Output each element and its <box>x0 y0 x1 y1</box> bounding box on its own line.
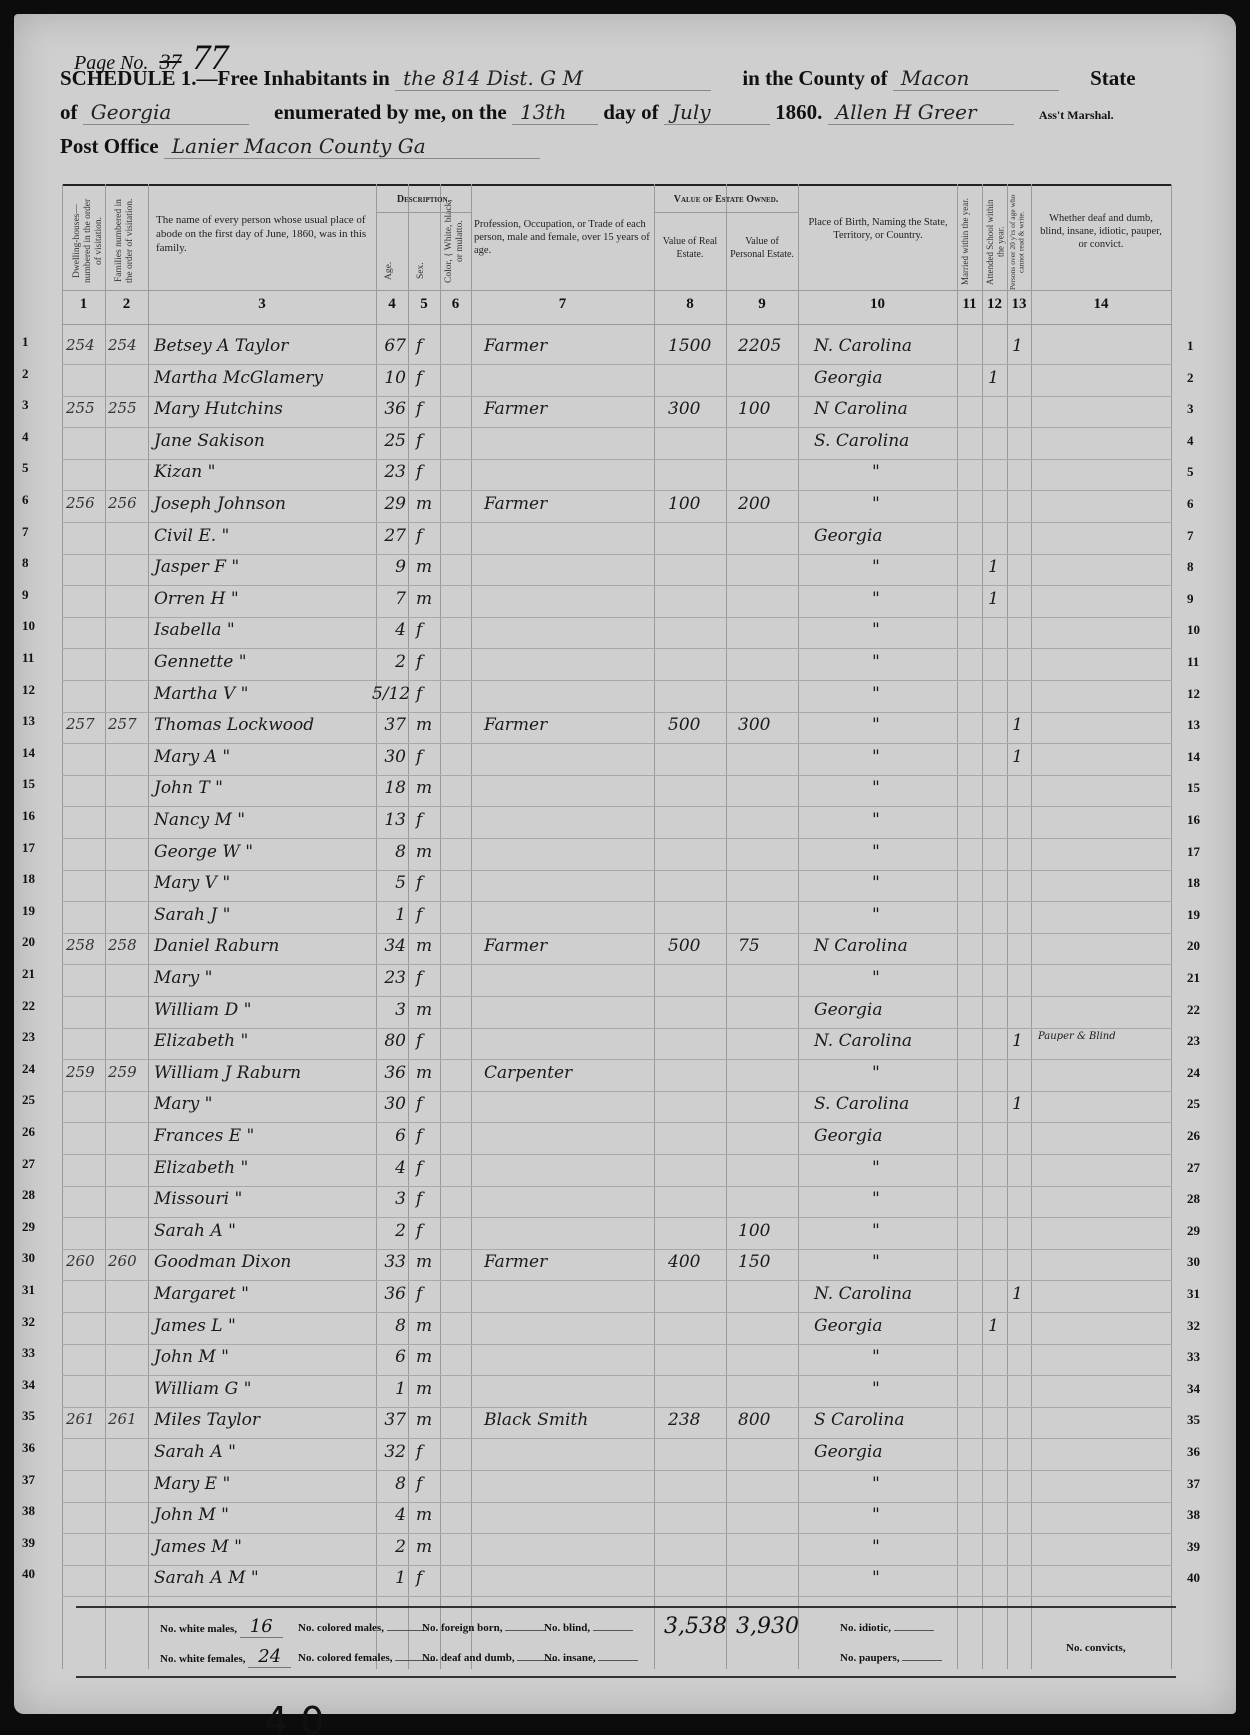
table-row: Mary E "8f"3737 <box>62 1470 1172 1503</box>
birthplace: " <box>872 747 880 767</box>
header-color: Color, { White, black, or mulatto. <box>444 196 468 286</box>
header-real-estate: Value of Real Estate. <box>658 236 722 261</box>
deaf-dumb: No. deaf and dumb, <box>422 1652 557 1664</box>
row-number-left: 9 <box>22 587 29 603</box>
dwelling-number: 254 <box>66 336 95 354</box>
row-number-left: 20 <box>22 934 35 950</box>
personal-estate-value: 100 <box>738 1221 770 1241</box>
county-label: in the County of <box>742 66 887 90</box>
person-name: Martha McGlamery <box>154 368 323 388</box>
person-name: Jane Sakison <box>154 431 265 451</box>
birthplace: " <box>872 1505 880 1525</box>
row-number-right: 8 <box>1187 559 1194 575</box>
occupation: Black Smith <box>484 1410 588 1430</box>
occupation: Farmer <box>484 936 547 956</box>
table-row: Nancy M "13f"1616 <box>62 806 1172 839</box>
row-number-right: 20 <box>1187 938 1200 954</box>
sex: f <box>416 1158 422 1178</box>
birthplace: " <box>872 1347 880 1367</box>
post-office-label: Post Office <box>60 134 159 158</box>
sex: m <box>416 494 432 514</box>
birthplace: " <box>872 1221 880 1241</box>
age: 6 <box>372 1347 406 1367</box>
personal-estate-value: 800 <box>738 1410 770 1430</box>
row-number-left: 3 <box>22 397 29 413</box>
dwelling-number: 261 <box>66 1410 95 1428</box>
occupation: Farmer <box>484 336 547 356</box>
description-rule <box>376 212 471 213</box>
row-number-left: 31 <box>22 1282 35 1298</box>
state-field: Georgia <box>83 100 249 125</box>
header-family: Families numbered in the order of visita… <box>114 196 140 286</box>
row-number-left: 28 <box>22 1187 35 1203</box>
row-number-left: 37 <box>22 1472 35 1488</box>
schedule-label: SCHEDULE 1.—Free Inhabitants in <box>60 66 390 90</box>
row-number-left: 40 <box>22 1566 35 1582</box>
birthplace: " <box>872 1379 880 1399</box>
age: 4 <box>372 1505 406 1525</box>
row-number-right: 23 <box>1187 1033 1200 1049</box>
real-estate-value: 500 <box>668 936 700 956</box>
table-row: 259259William J Raburn36mCarpenter"2424 <box>62 1059 1172 1092</box>
sex: f <box>416 873 422 893</box>
table-row: Jasper F "9m"188 <box>62 553 1172 586</box>
real-estate-value: 100 <box>668 494 700 514</box>
age: 6 <box>372 1126 406 1146</box>
row-number-left: 14 <box>22 745 35 761</box>
row-number-left: 15 <box>22 776 35 792</box>
row-number-right: 11 <box>1187 654 1199 670</box>
table-row: Orren H "7m"199 <box>62 585 1172 618</box>
real-estate-value: 238 <box>668 1410 700 1430</box>
row-number-left: 8 <box>22 555 29 571</box>
white-females: No. white females, 24 <box>160 1646 291 1667</box>
row-number-right: 21 <box>1187 970 1200 986</box>
header-birthplace: Place of Birth, Naming the State, Territ… <box>804 216 952 242</box>
birthplace: " <box>872 968 880 988</box>
row-number-right: 38 <box>1187 1507 1200 1523</box>
table-row: Gennette "2f"1111 <box>62 648 1172 681</box>
header-age: Age. <box>384 256 402 286</box>
person-name: Sarah J " <box>154 905 230 925</box>
real-estate-total: 3,538 <box>664 1614 727 1639</box>
birthplace: Georgia <box>814 368 882 388</box>
column-number: 10 <box>798 296 957 313</box>
birthplace: Georgia <box>814 1442 882 1462</box>
column-number: 7 <box>471 296 654 313</box>
table-row: Martha McGlamery10fGeorgia122 <box>62 364 1172 397</box>
row-number-right: 3 <box>1187 401 1194 417</box>
birthplace: " <box>872 715 880 735</box>
age: 2 <box>372 1537 406 1557</box>
colored-females: No. colored females, <box>298 1652 435 1664</box>
age: 8 <box>372 1316 406 1336</box>
table-row: John M "6m"3333 <box>62 1343 1172 1376</box>
row-number-right: 22 <box>1187 1002 1200 1018</box>
idiotic-label: No. idiotic, <box>840 1622 891 1634</box>
person-name: James L " <box>154 1316 236 1336</box>
person-name: Betsey A Taylor <box>154 336 288 356</box>
person-name: Mary Hutchins <box>154 399 283 419</box>
row-number-left: 36 <box>22 1440 35 1456</box>
age: 5/12 <box>372 684 406 704</box>
idiotic: No. idiotic, <box>840 1622 934 1634</box>
table-row: Missouri "3f"2828 <box>62 1185 1172 1218</box>
age: 8 <box>372 842 406 862</box>
birthplace: " <box>872 842 880 862</box>
column-number: 13 <box>1007 296 1031 313</box>
bottom-handwritten-mark: 4 0 <box>264 1699 324 1735</box>
row-number-left: 10 <box>22 618 35 634</box>
sex: f <box>416 1126 422 1146</box>
row-number-left: 19 <box>22 903 35 919</box>
birthplace: " <box>872 557 880 577</box>
person-name: Goodman Dixon <box>154 1252 291 1272</box>
illiterate-mark: 1 <box>1012 336 1023 356</box>
table-row: Sarah J "1f"1919 <box>62 901 1172 934</box>
birthplace: " <box>872 462 880 482</box>
age: 10 <box>372 368 406 388</box>
occupation: Farmer <box>484 1252 547 1272</box>
real-estate-value: 1500 <box>668 336 711 356</box>
header-school: Attended School within the year. <box>985 194 1005 290</box>
sex: f <box>416 652 422 672</box>
row-number-right: 34 <box>1187 1381 1200 1397</box>
birthplace: " <box>872 810 880 830</box>
person-name: Isabella " <box>154 620 235 640</box>
age: 80 <box>372 1031 406 1051</box>
insane: No. insane, <box>544 1652 638 1664</box>
table-row: Mary "30fS. Carolina12525 <box>62 1090 1172 1123</box>
row-number-right: 29 <box>1187 1223 1200 1239</box>
county-field: Macon <box>893 66 1059 91</box>
person-name: George W " <box>154 842 253 862</box>
row-number-left: 30 <box>22 1250 35 1266</box>
row-number-right: 31 <box>1187 1286 1200 1302</box>
column-number: 9 <box>726 296 798 313</box>
row-number-left: 12 <box>22 682 35 698</box>
family-number: 256 <box>108 494 137 512</box>
row-number-right: 17 <box>1187 844 1200 860</box>
colored-males: No. colored males, <box>298 1622 427 1634</box>
real-estate-value: 300 <box>668 399 700 419</box>
age: 4 <box>372 620 406 640</box>
dwelling-number: 255 <box>66 399 95 417</box>
row-number-left: 16 <box>22 808 35 824</box>
blind: No. blind, <box>544 1622 633 1634</box>
person-name: John M " <box>154 1347 229 1367</box>
table-row: Mary V "5f"1818 <box>62 869 1172 902</box>
sex: m <box>416 1252 432 1272</box>
row-number-right: 12 <box>1187 686 1200 702</box>
school-mark: 1 <box>988 557 999 577</box>
person-name: Kizan " <box>154 462 215 482</box>
table-row: 256256Joseph Johnson29mFarmer100200"66 <box>62 490 1172 523</box>
person-name: John M " <box>154 1505 229 1525</box>
table-row: Isabella "4f"1010 <box>62 616 1172 649</box>
header-occupation: Profession, Occupation, or Trade of each… <box>474 218 652 257</box>
row-number-right: 39 <box>1187 1539 1200 1555</box>
illiterate-mark: 1 <box>1012 1284 1023 1304</box>
age: 8 <box>372 1474 406 1494</box>
occupation: Carpenter <box>484 1063 572 1083</box>
table-row: Sarah A M "1f"4040 <box>62 1564 1172 1597</box>
row-number-left: 23 <box>22 1029 35 1045</box>
person-name: Mary " <box>154 968 213 988</box>
row-number-left: 33 <box>22 1345 35 1361</box>
dwelling-number: 259 <box>66 1063 95 1081</box>
birthplace: N Carolina <box>814 399 908 419</box>
sex: f <box>416 1442 422 1462</box>
age: 1 <box>372 905 406 925</box>
census-page: Page No. 37 77 SCHEDULE 1.—Free Inhabita… <box>14 14 1236 1714</box>
row-number-left: 35 <box>22 1408 35 1424</box>
row-number-left: 17 <box>22 840 35 856</box>
age: 36 <box>372 399 406 419</box>
person-name: Mary A " <box>154 747 230 767</box>
personal-estate-value: 100 <box>738 399 770 419</box>
table-row: Civil E. "27fGeorgia77 <box>62 522 1172 555</box>
row-number-right: 27 <box>1187 1160 1200 1176</box>
table-row: Elizabeth "80fN. Carolina1Pauper & Blind… <box>62 1027 1172 1060</box>
person-name: Nancy M " <box>154 810 245 830</box>
school-mark: 1 <box>988 1316 999 1336</box>
marshal-name-field: Allen H Greer <box>828 100 1014 125</box>
sex: f <box>416 905 422 925</box>
age: 36 <box>372 1284 406 1304</box>
table-row: Mary "23f"2121 <box>62 964 1172 997</box>
family-number: 261 <box>108 1410 137 1428</box>
birthplace: N Carolina <box>814 936 908 956</box>
age: 3 <box>372 1000 406 1020</box>
white-males: No. white males, 16 <box>160 1616 283 1637</box>
age: 23 <box>372 462 406 482</box>
column-number: 14 <box>1031 296 1171 313</box>
sex: m <box>416 1505 432 1525</box>
table-row: Sarah A "2f100"2929 <box>62 1217 1172 1250</box>
table-row: Kizan "23f"55 <box>62 458 1172 491</box>
sex: f <box>416 747 422 767</box>
birthplace: " <box>872 494 880 514</box>
table-row: 260260Goodman Dixon33mFarmer400150"3030 <box>62 1248 1172 1281</box>
birthplace: " <box>872 1568 880 1588</box>
person-name: Mary E " <box>154 1474 230 1494</box>
person-name: Mary " <box>154 1094 213 1114</box>
table-row: Mary A "30f"11414 <box>62 743 1172 776</box>
day-of-label: day of <box>603 100 658 124</box>
row-number-right: 1 <box>1187 338 1194 354</box>
sex: f <box>416 1221 422 1241</box>
row-number-right: 37 <box>1187 1476 1200 1492</box>
row-number-right: 30 <box>1187 1254 1200 1270</box>
age: 27 <box>372 526 406 546</box>
sex: f <box>416 1031 422 1051</box>
age: 29 <box>372 494 406 514</box>
birthplace: " <box>872 778 880 798</box>
row-number-right: 14 <box>1187 749 1200 765</box>
person-name: Joseph Johnson <box>154 494 286 514</box>
table-row: Margaret "36fN. Carolina13131 <box>62 1280 1172 1313</box>
personal-estate-value: 300 <box>738 715 770 735</box>
post-office-line: Post Office Lanier Macon County Ga <box>60 134 540 159</box>
white-females-label: No. white females, <box>160 1653 246 1665</box>
marshal-label: Ass't Marshal. <box>1039 108 1114 122</box>
sex: f <box>416 1284 422 1304</box>
post-office-field: Lanier Macon County Ga <box>164 134 540 159</box>
white-males-value: 16 <box>240 1616 283 1638</box>
white-females-value: 24 <box>248 1646 291 1668</box>
sex: m <box>416 589 432 609</box>
birthplace: " <box>872 1189 880 1209</box>
sex: m <box>416 1316 432 1336</box>
person-name: Margaret " <box>154 1284 249 1304</box>
occupation: Farmer <box>484 715 547 735</box>
school-mark: 1 <box>988 589 999 609</box>
birthplace: " <box>872 1537 880 1557</box>
birthplace: " <box>872 620 880 640</box>
birthplace: " <box>872 1063 880 1083</box>
row-number-right: 9 <box>1187 591 1194 607</box>
sex: m <box>416 557 432 577</box>
occupation: Farmer <box>484 399 547 419</box>
foreign-born: No. foreign born, <box>422 1622 545 1634</box>
schedule-line: SCHEDULE 1.—Free Inhabitants in the 814 … <box>60 66 1136 91</box>
sex: f <box>416 1189 422 1209</box>
column-number: 5 <box>408 296 440 313</box>
district-field: the 814 Dist. G M <box>395 66 711 91</box>
age: 4 <box>372 1158 406 1178</box>
census-table: Dwelling-houses—numbered in the order of… <box>62 184 1172 1669</box>
row-number-left: 5 <box>22 460 29 476</box>
illiterate-mark: 1 <box>1012 1031 1023 1051</box>
birthplace: S Carolina <box>814 1410 905 1430</box>
row-number-right: 18 <box>1187 875 1200 891</box>
row-number-right: 15 <box>1187 780 1200 796</box>
sex: m <box>416 1410 432 1430</box>
school-mark: 1 <box>988 368 999 388</box>
age: 2 <box>372 652 406 672</box>
column-number: 12 <box>982 296 1007 313</box>
age: 7 <box>372 589 406 609</box>
table-row: William G "1m"3434 <box>62 1375 1172 1408</box>
table-row: 257257Thomas Lockwood37mFarmer500300"113… <box>62 711 1172 744</box>
person-name: Mary V " <box>154 873 230 893</box>
row-number-right: 13 <box>1187 717 1200 733</box>
family-number: 259 <box>108 1063 137 1081</box>
colored-females-label: No. colored females, <box>298 1652 393 1664</box>
column-number: 8 <box>654 296 726 313</box>
age: 67 <box>372 336 406 356</box>
table-row: John T "18m"1515 <box>62 774 1172 807</box>
age: 18 <box>372 778 406 798</box>
person-name: Daniel Raburn <box>154 936 279 956</box>
row-number-left: 26 <box>22 1124 35 1140</box>
birthplace: " <box>872 652 880 672</box>
of-label: of <box>60 100 78 124</box>
foreign-born-label: No. foreign born, <box>422 1622 502 1634</box>
personal-estate-value: 200 <box>738 494 770 514</box>
personal-estate-total: 3,930 <box>736 1614 799 1639</box>
person-name: Orren H " <box>154 589 239 609</box>
row-number-right: 2 <box>1187 370 1194 386</box>
dwelling-number: 257 <box>66 715 95 733</box>
column-number: 4 <box>376 296 408 313</box>
table-row: Elizabeth "4f"2727 <box>62 1154 1172 1187</box>
colored-males-label: No. colored males, <box>298 1622 384 1634</box>
personal-estate-value: 2205 <box>738 336 781 356</box>
age: 23 <box>372 968 406 988</box>
insane-label: No. insane, <box>544 1652 596 1664</box>
sex: m <box>416 1379 432 1399</box>
row-number-right: 6 <box>1187 496 1194 512</box>
occupation: Farmer <box>484 494 547 514</box>
enumeration-line: of Georgia enumerated by me, on the 13th… <box>60 100 1114 125</box>
disability-note: Pauper & Blind <box>1038 1031 1116 1042</box>
birthplace: S. Carolina <box>814 1094 909 1114</box>
person-name: Missouri " <box>154 1189 242 1209</box>
age: 37 <box>372 715 406 735</box>
person-name: William J Raburn <box>154 1063 301 1083</box>
header-sex: Sex. <box>416 256 434 286</box>
row-number-right: 26 <box>1187 1128 1200 1144</box>
header-dwelling: Dwelling-houses—numbered in the order of… <box>72 196 98 286</box>
person-name: Sarah A " <box>154 1442 236 1462</box>
birthplace: " <box>872 1158 880 1178</box>
enumerated-label: enumerated by me, on the <box>274 100 507 124</box>
row-number-left: 13 <box>22 713 35 729</box>
header-disability: Whether deaf and dumb, blind, insane, id… <box>1036 212 1166 251</box>
birthplace: N. Carolina <box>814 336 912 356</box>
sex: m <box>416 936 432 956</box>
sex: f <box>416 684 422 704</box>
sex: f <box>416 526 422 546</box>
row-number-right: 25 <box>1187 1096 1200 1112</box>
dwelling-number: 260 <box>66 1252 95 1270</box>
column-number: 3 <box>148 296 376 313</box>
family-number: 257 <box>108 715 137 733</box>
row-number-right: 35 <box>1187 1412 1200 1428</box>
family-number: 254 <box>108 336 137 354</box>
table-row: James L "8mGeorgia13232 <box>62 1312 1172 1345</box>
row-number-left: 29 <box>22 1219 35 1235</box>
row-number-left: 22 <box>22 998 35 1014</box>
sex: m <box>416 1000 432 1020</box>
row-number-left: 25 <box>22 1092 35 1108</box>
birthplace: " <box>872 1474 880 1494</box>
table-row: 258258Daniel Raburn34mFarmer50075N Carol… <box>62 932 1172 965</box>
illiterate-mark: 1 <box>1012 1094 1023 1114</box>
row-number-right: 24 <box>1187 1065 1200 1081</box>
row-number-left: 32 <box>22 1314 35 1330</box>
table-row: James M "2m"3939 <box>62 1533 1172 1566</box>
column-number: 2 <box>105 296 148 313</box>
table-row: Martha V "5/12f"1212 <box>62 680 1172 713</box>
person-name: William D " <box>154 1000 251 1020</box>
sex: m <box>416 1537 432 1557</box>
age: 30 <box>372 747 406 767</box>
table-row: 254254Betsey A Taylor67fFarmer15002205N.… <box>62 332 1172 365</box>
sex: f <box>416 368 422 388</box>
header-estate: Value of Estate Owned. <box>654 194 798 207</box>
person-name: James M " <box>154 1537 242 1557</box>
sex: m <box>416 842 432 862</box>
birthplace: " <box>872 589 880 609</box>
blind-label: No. blind, <box>544 1622 590 1634</box>
illiterate-mark: 1 <box>1012 715 1023 735</box>
birthplace: N. Carolina <box>814 1284 912 1304</box>
convicts: No. convicts, <box>1066 1642 1126 1654</box>
paupers: No. paupers, <box>840 1652 942 1664</box>
